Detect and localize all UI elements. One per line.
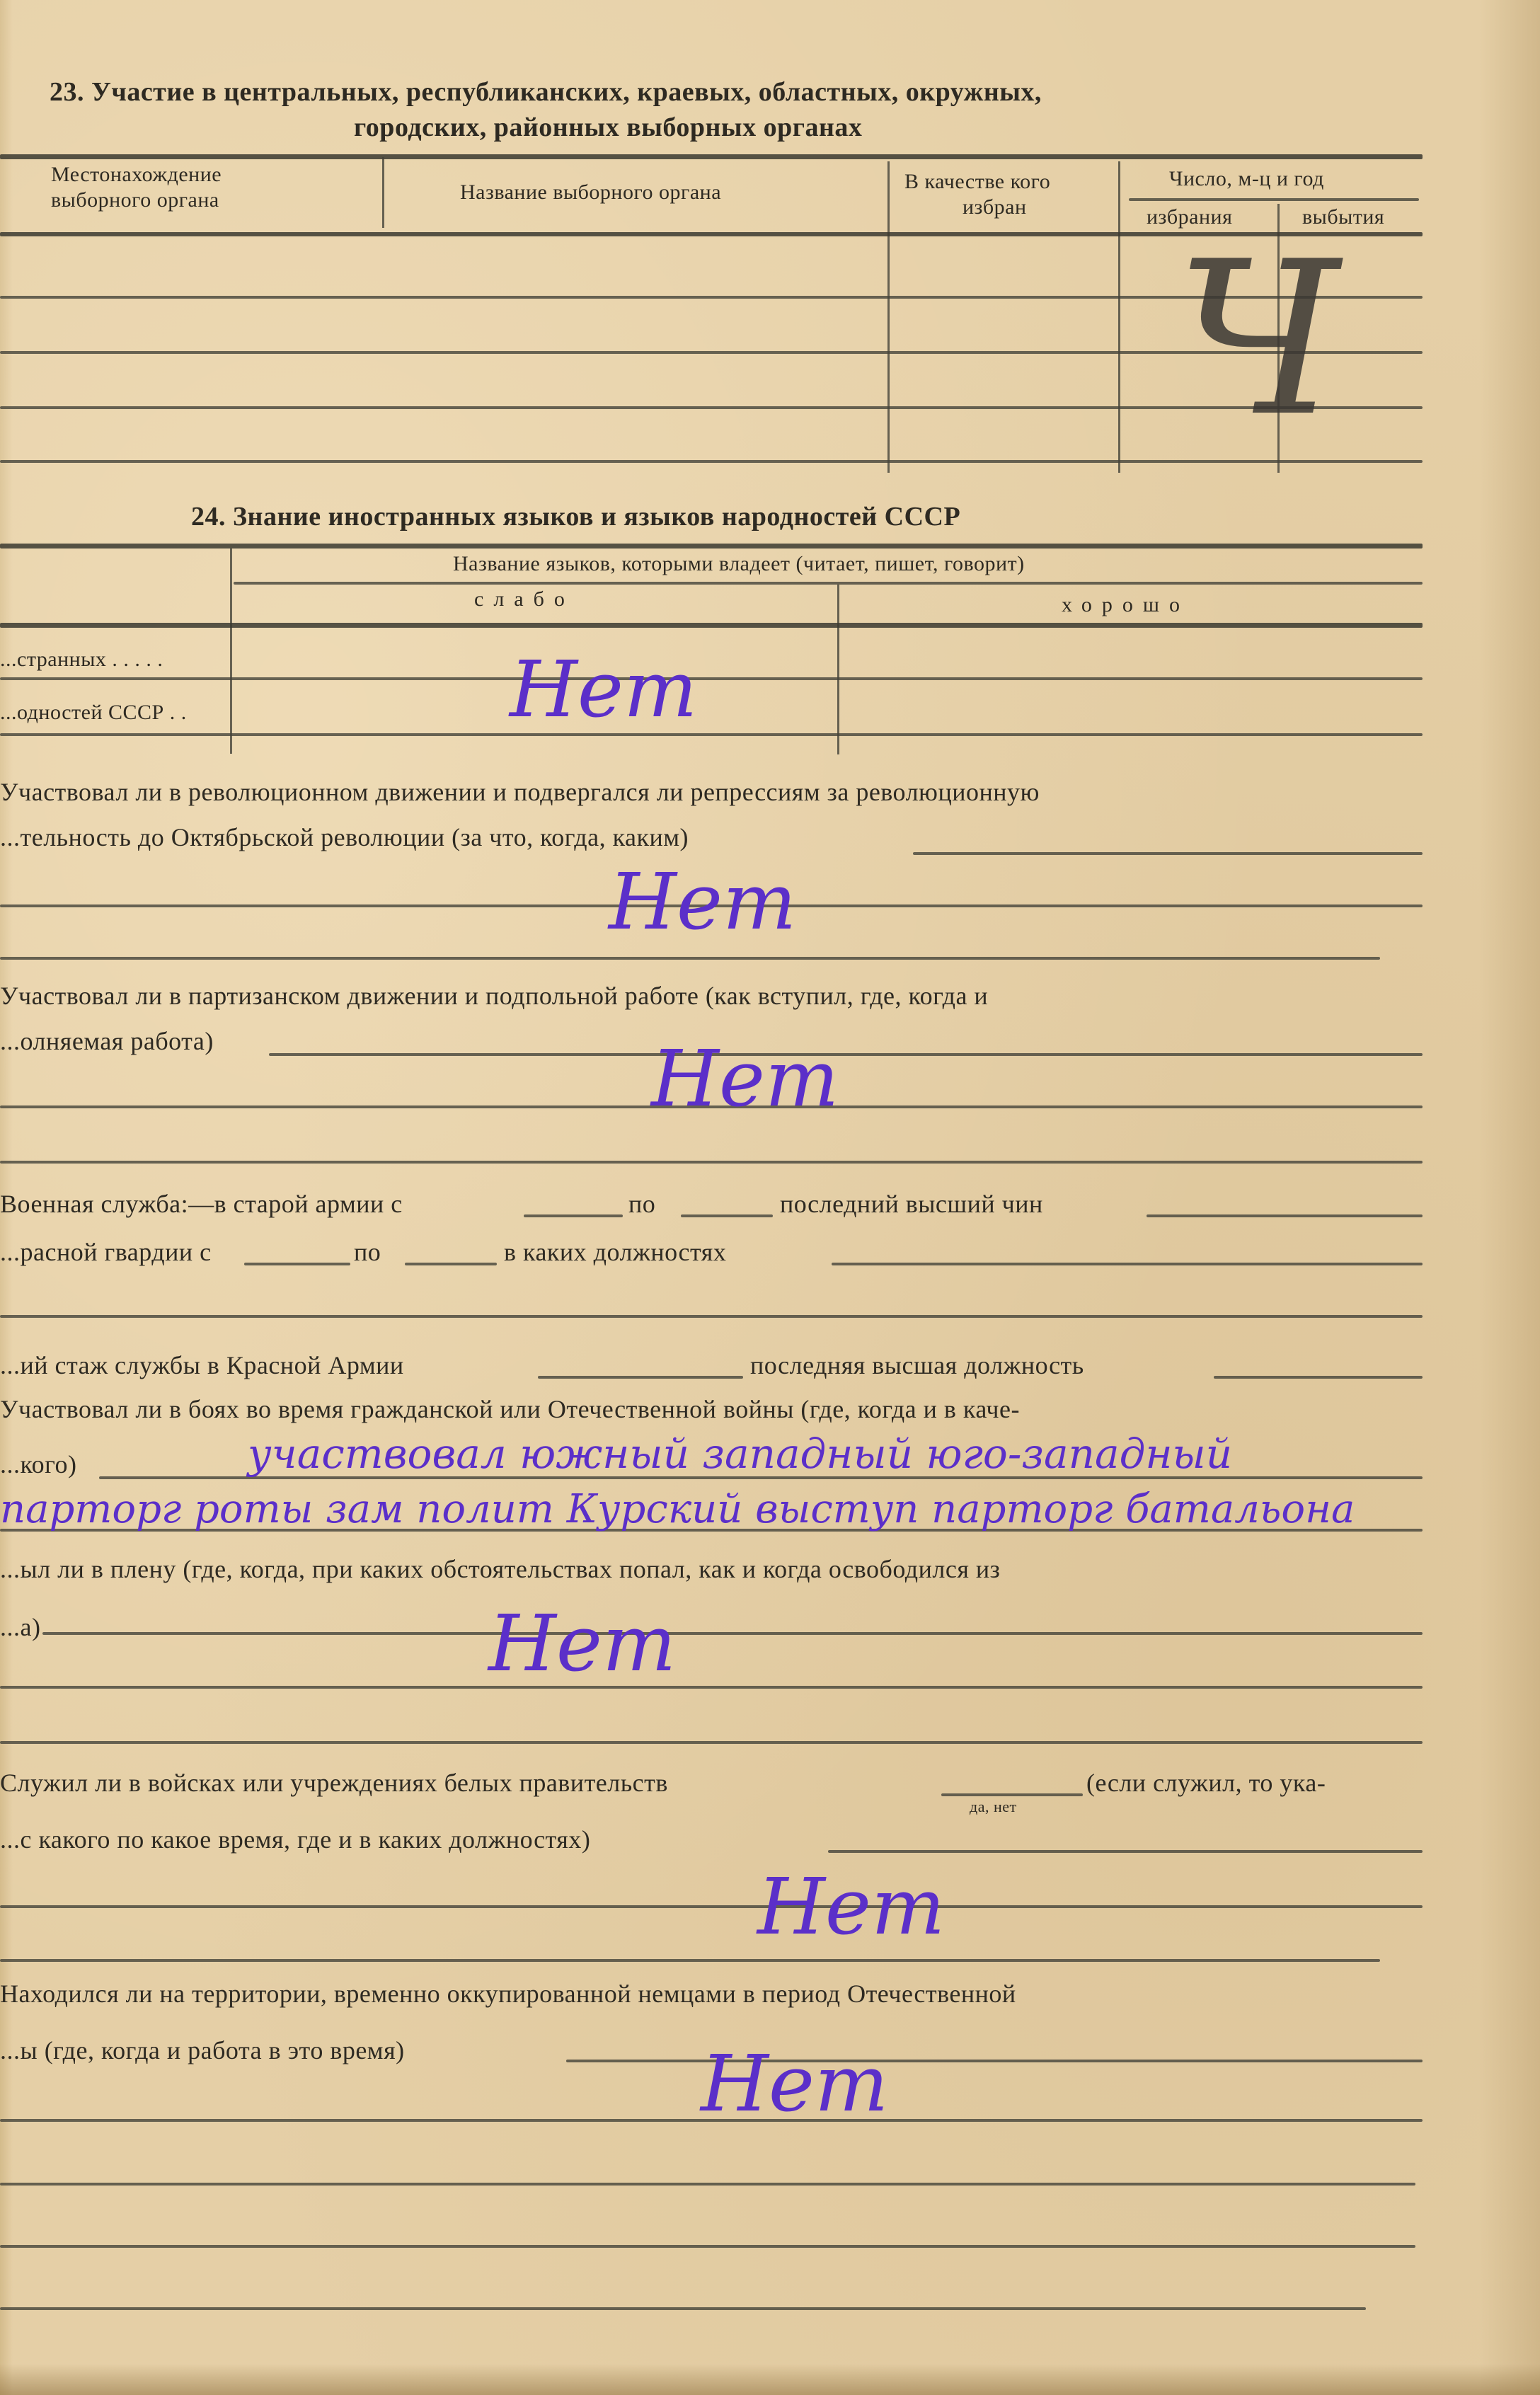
- handwritten-answer-weak: Нет: [510, 644, 697, 735]
- col-organ-name: Название выборного органа: [460, 180, 721, 205]
- blank-positions: [832, 1263, 1423, 1265]
- col-date-group: Число, м-ц и год: [1169, 167, 1324, 191]
- section-29-question-line1: ...ыл ли в плену (где, когда, при каких …: [0, 1554, 1000, 1584]
- answer-line: [0, 2307, 1366, 2310]
- red-guard-label: ...расной гвардии с: [0, 1237, 212, 1267]
- blank-to: [681, 1214, 773, 1217]
- col-role-line1: В качестве кого: [904, 170, 1050, 194]
- date-subrule: [1129, 198, 1419, 201]
- col-divider: [887, 161, 890, 473]
- answer-line: [0, 2245, 1415, 2248]
- blank-service-length: [538, 1376, 743, 1379]
- answer-line: [0, 1905, 1423, 1908]
- answer-line: [0, 1959, 1380, 1962]
- section-31-question-line1: Находился ли на территории, временно окк…: [0, 1979, 1016, 2009]
- pencil-crossout-mark: Ч: [1175, 234, 1339, 446]
- yes-no-hint: да, нет: [970, 1798, 1017, 1816]
- military-old-army-label: Военная служба:—в старой армии с: [0, 1189, 403, 1219]
- answer-line: [0, 1315, 1423, 1318]
- col-location-line2: выборного органа: [51, 188, 219, 212]
- answer-line: [0, 1161, 1423, 1164]
- section-28-question-line1: Участвовал ли в боях во время гражданско…: [0, 1394, 1020, 1424]
- answer-line: [566, 2060, 1423, 2062]
- blank-from: [244, 1263, 350, 1265]
- answer-line: [269, 1053, 1423, 1056]
- row-ussr-languages: ...одностей СССР . .: [0, 701, 187, 725]
- page-bottom-edge: [0, 2364, 1540, 2395]
- col-good: хорошо: [1062, 593, 1190, 617]
- row-foreign-languages: ...странных . . . . .: [0, 648, 163, 672]
- answer-line: [0, 2183, 1415, 2186]
- header-subrule: [234, 582, 1423, 585]
- table-row-line: [0, 677, 1423, 680]
- section-31-question-line2: ...ы (где, когда и работа в это время): [0, 2035, 405, 2065]
- label-to: по: [354, 1237, 381, 1267]
- table-top-rule: [0, 544, 1423, 549]
- table-row-line: [0, 733, 1423, 736]
- col-location-line1: Местонахождение: [51, 163, 222, 187]
- answer-line: [0, 1741, 1423, 1744]
- label-positions: в каких должностях: [504, 1237, 726, 1267]
- blank-to: [405, 1263, 497, 1265]
- section-24-title: 24. Знание иностранных языков и языков н…: [191, 501, 960, 532]
- handwritten-answer-line1: участвовал южный западный юго-западный: [248, 1430, 1232, 1478]
- section-25-question-line1: Участвовал ли в революционном движении и…: [0, 777, 1040, 807]
- blank-from: [524, 1214, 623, 1217]
- section-25-question-line2: ...тельность до Октябрьской революции (з…: [0, 822, 689, 852]
- label-to: по: [628, 1189, 655, 1219]
- handwritten-answer: Нет: [609, 856, 796, 947]
- blank-yes-no: [941, 1793, 1083, 1796]
- blank-last-rank: [1147, 1214, 1423, 1217]
- section-30-question-line1b: (если служил, то ука-: [1086, 1768, 1326, 1798]
- section-30-question-line2: ...с какого по какое время, где и в каки…: [0, 1825, 590, 1854]
- section-28-question-line2: ...кого): [0, 1449, 77, 1479]
- col-divider: [837, 585, 839, 754]
- languages-header: Название языков, которыми владеет (читае…: [453, 552, 1025, 576]
- section-30-question-line1a: Служил ли в войсках или учреждениях белы…: [0, 1768, 668, 1798]
- col-weak: слабо: [474, 587, 575, 611]
- handwritten-answer: Нет: [757, 1861, 945, 1952]
- col-divider: [382, 157, 384, 228]
- answer-line: [828, 1850, 1423, 1853]
- answer-line: [913, 852, 1423, 855]
- red-army-service-label: ...ий стаж службы в Красной Армии: [0, 1350, 404, 1380]
- section-29-question-line2: ...а): [0, 1612, 40, 1642]
- section-23-title-line1: 23. Участие в центральных, республиканск…: [50, 76, 1042, 108]
- handwritten-answer: Нет: [651, 1033, 839, 1124]
- col-role-line2: избран: [962, 195, 1027, 219]
- section-23-title-line2: городских, районных выборных органах: [354, 112, 862, 143]
- col-divider: [230, 549, 232, 754]
- header-bottom-rule: [0, 623, 1423, 628]
- handwritten-answer: Нет: [701, 2038, 888, 2129]
- handwritten-answer: Нет: [488, 1598, 676, 1689]
- section-26-question-line1: Участвовал ли в партизанском движении и …: [0, 981, 988, 1011]
- answer-line: [0, 1686, 1423, 1689]
- answer-line: [0, 957, 1380, 960]
- label-last-position: последняя высшая должность: [750, 1350, 1084, 1380]
- col-divider: [1118, 161, 1120, 473]
- section-26-question-line2: ...олняемая работа): [0, 1026, 214, 1056]
- table-top-rule: [0, 154, 1423, 159]
- blank-last-position: [1214, 1376, 1423, 1379]
- handwritten-answer-line2: парторг роты зам полит Курский выступ па…: [0, 1486, 1355, 1532]
- answer-line: [42, 1632, 1423, 1635]
- label-last-rank: последний высший чин: [780, 1189, 1043, 1219]
